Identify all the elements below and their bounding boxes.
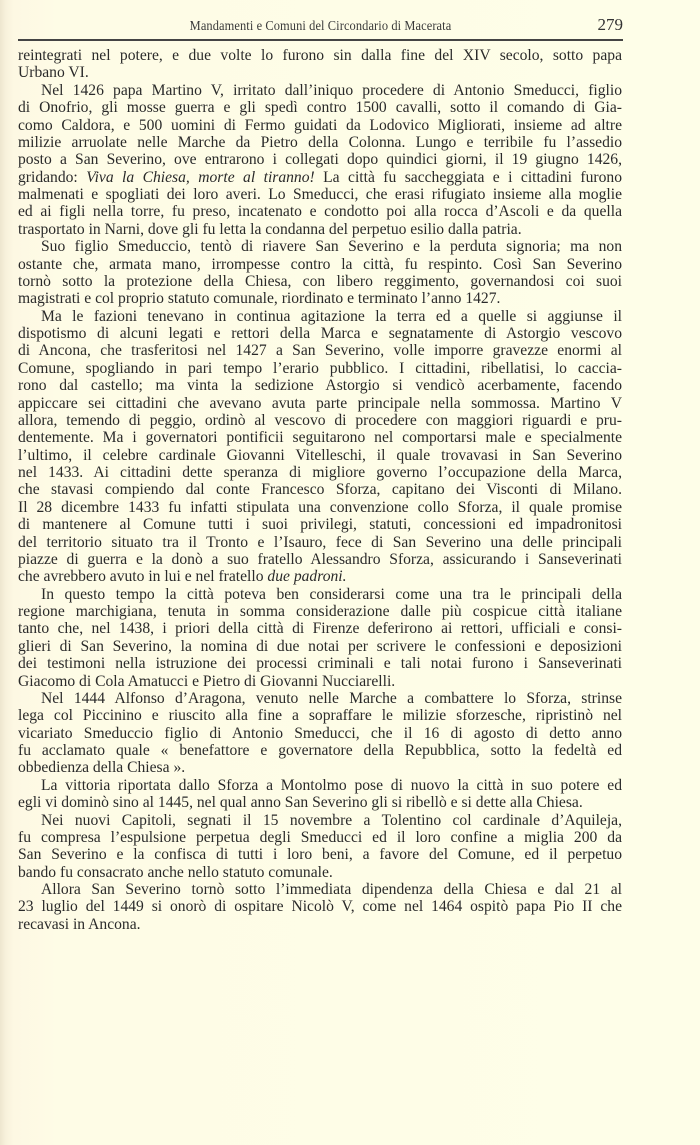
text-line: nel 1433. Ai cittadini dette speranza di…: [18, 464, 622, 481]
text-line: bando fu consacrato anche nello statuto …: [18, 864, 622, 881]
running-title: Mandamenti e Comuni del Circondario di M…: [42, 18, 599, 34]
text-line: egli vi dominò sino al 1445, nel qual an…: [18, 794, 622, 811]
text-line: allora, temendo di peggio, ordinò al ves…: [18, 412, 622, 429]
text-line: obbedienza della Chiesa ».: [18, 759, 622, 776]
text-line: recavasi in Ancona.: [18, 916, 622, 933]
text-line: Urbano VI.: [18, 64, 622, 81]
paragraph: In questo tempo la città poteva ben cons…: [18, 586, 622, 690]
text-line: regione marchigiana, tenuta in somma con…: [18, 603, 622, 620]
text-line: Allora San Severino tornò sotto l’immedi…: [18, 881, 622, 898]
text-line: che stavasi compiendo dal conte Francesc…: [18, 481, 622, 498]
text-line: vicariato Smeduccio figlio di Antonio Sm…: [18, 725, 622, 742]
text-line: rono dal castello; ma vinta la sedizione…: [18, 377, 622, 394]
text-line: Nel 1426 papa Martino V, irritato dall’i…: [18, 82, 622, 99]
text-line: ed ai figli nella torre, fu preso, incat…: [18, 203, 622, 220]
text-line: dei testimoni nella istruzione dei proce…: [18, 655, 622, 672]
paragraph: Nel 1426 papa Martino V, irritato dall’i…: [18, 82, 622, 238]
text-line: piazze di guerra e la donò a suo fratell…: [18, 551, 622, 568]
header-rule: [18, 39, 623, 41]
text-line: glieri di San Severino, la nomina di due…: [18, 638, 622, 655]
text-line: tanto che, nel 1438, i priori della citt…: [18, 620, 622, 637]
text-line: l’ultimo, il celebre cardinale Giovanni …: [18, 447, 622, 464]
body-text: reintegrati nel potere, e due volte lo f…: [18, 47, 622, 933]
text-line: ostante che, armata mano, irrompesse con…: [18, 256, 622, 273]
text-line: di mantenere al Comune tutti i suoi priv…: [18, 516, 622, 533]
page-number: 279: [598, 15, 624, 35]
text-line: tornò sotto la protezione della Chiesa, …: [18, 273, 622, 290]
text-line: gridando: Viva la Chiesa, morte al tiran…: [18, 169, 622, 186]
text-line: dispotismo di alcuni legati e rettori de…: [18, 325, 622, 342]
text-line: Giacomo di Cola Amatucci e Pietro di Gio…: [18, 673, 622, 690]
text-line: posto a San Severino, ove entrarono i co…: [18, 151, 622, 168]
text-line: La vittoria riportata dallo Sforza a Mon…: [18, 777, 622, 794]
text-line: malmenati e spogliati dei loro averi. Lo…: [18, 186, 622, 203]
text-line: Nei nuovi Capitoli, segnati il 15 novemb…: [18, 812, 622, 829]
text-line: fu acclamato quale « benefattore e gover…: [18, 742, 622, 759]
paragraph: Nel 1444 Alfonso d’Aragona, venuto nelle…: [18, 690, 622, 777]
text-line: di Ancona, che trasferitosi nel 1427 a S…: [18, 342, 622, 359]
page-header: Mandamenti e Comuni del Circondario di M…: [18, 10, 623, 40]
text-line: magistrati e col proprio statuto comunal…: [18, 290, 622, 307]
italic-text: Viva la Chiesa, morte al tiranno!: [86, 169, 315, 186]
paragraph: Suo figlio Smeduccio, tentò di riavere S…: [18, 238, 622, 308]
text-line: trasportato in Narni, dove gli fu letta …: [18, 221, 622, 238]
text-line: In questo tempo la città poteva ben cons…: [18, 586, 622, 603]
text-line: 23 luglio del 1449 si onorò di ospitare …: [18, 898, 622, 915]
text-line: Comune, spogliando in pari tempo l’erari…: [18, 360, 622, 377]
paragraph: La vittoria riportata dallo Sforza a Mon…: [18, 777, 622, 812]
text-line: Ma le fazioni tenevano in continua agita…: [18, 308, 622, 325]
text-line: di Onofrio, gli mosse guerra e gli spedì…: [18, 99, 622, 116]
text-line: fu compresa l’espulsione perpetua degli …: [18, 829, 622, 846]
text-line: appiccare sei cittadini che avevano avut…: [18, 395, 622, 412]
text-line: Il 28 dicembre 1433 fu infatti stipulata…: [18, 499, 622, 516]
text-line: che avrebbero avuto in lui e nel fratell…: [18, 568, 622, 585]
text-line: reintegrati nel potere, e due volte lo f…: [18, 47, 622, 64]
text-line: como Caldora, e 500 uomini di Fermo guid…: [18, 117, 622, 134]
text-line: Suo figlio Smeduccio, tentò di riavere S…: [18, 238, 622, 255]
text-line: lega col Piccinino e riuscito alla fine …: [18, 707, 622, 724]
text-line: Nel 1444 Alfonso d’Aragona, venuto nelle…: [18, 690, 622, 707]
text-line: del territorio situato tra il Tronto e l…: [18, 534, 622, 551]
paragraph: Allora San Severino tornò sotto l’immedi…: [18, 881, 622, 933]
text-line: milizie arruolate nelle Marche da Pietro…: [18, 134, 622, 151]
italic-text: due padroni.: [267, 568, 346, 585]
text-line: San Severino e la confisca di tutti i lo…: [18, 846, 622, 863]
paragraph: reintegrati nel potere, e due volte lo f…: [18, 47, 622, 82]
paragraph: Ma le fazioni tenevano in continua agita…: [18, 308, 622, 586]
paragraph: Nei nuovi Capitoli, segnati il 15 novemb…: [18, 812, 622, 882]
text-line: dentemente. Ma i governatori pontificii …: [18, 429, 622, 446]
